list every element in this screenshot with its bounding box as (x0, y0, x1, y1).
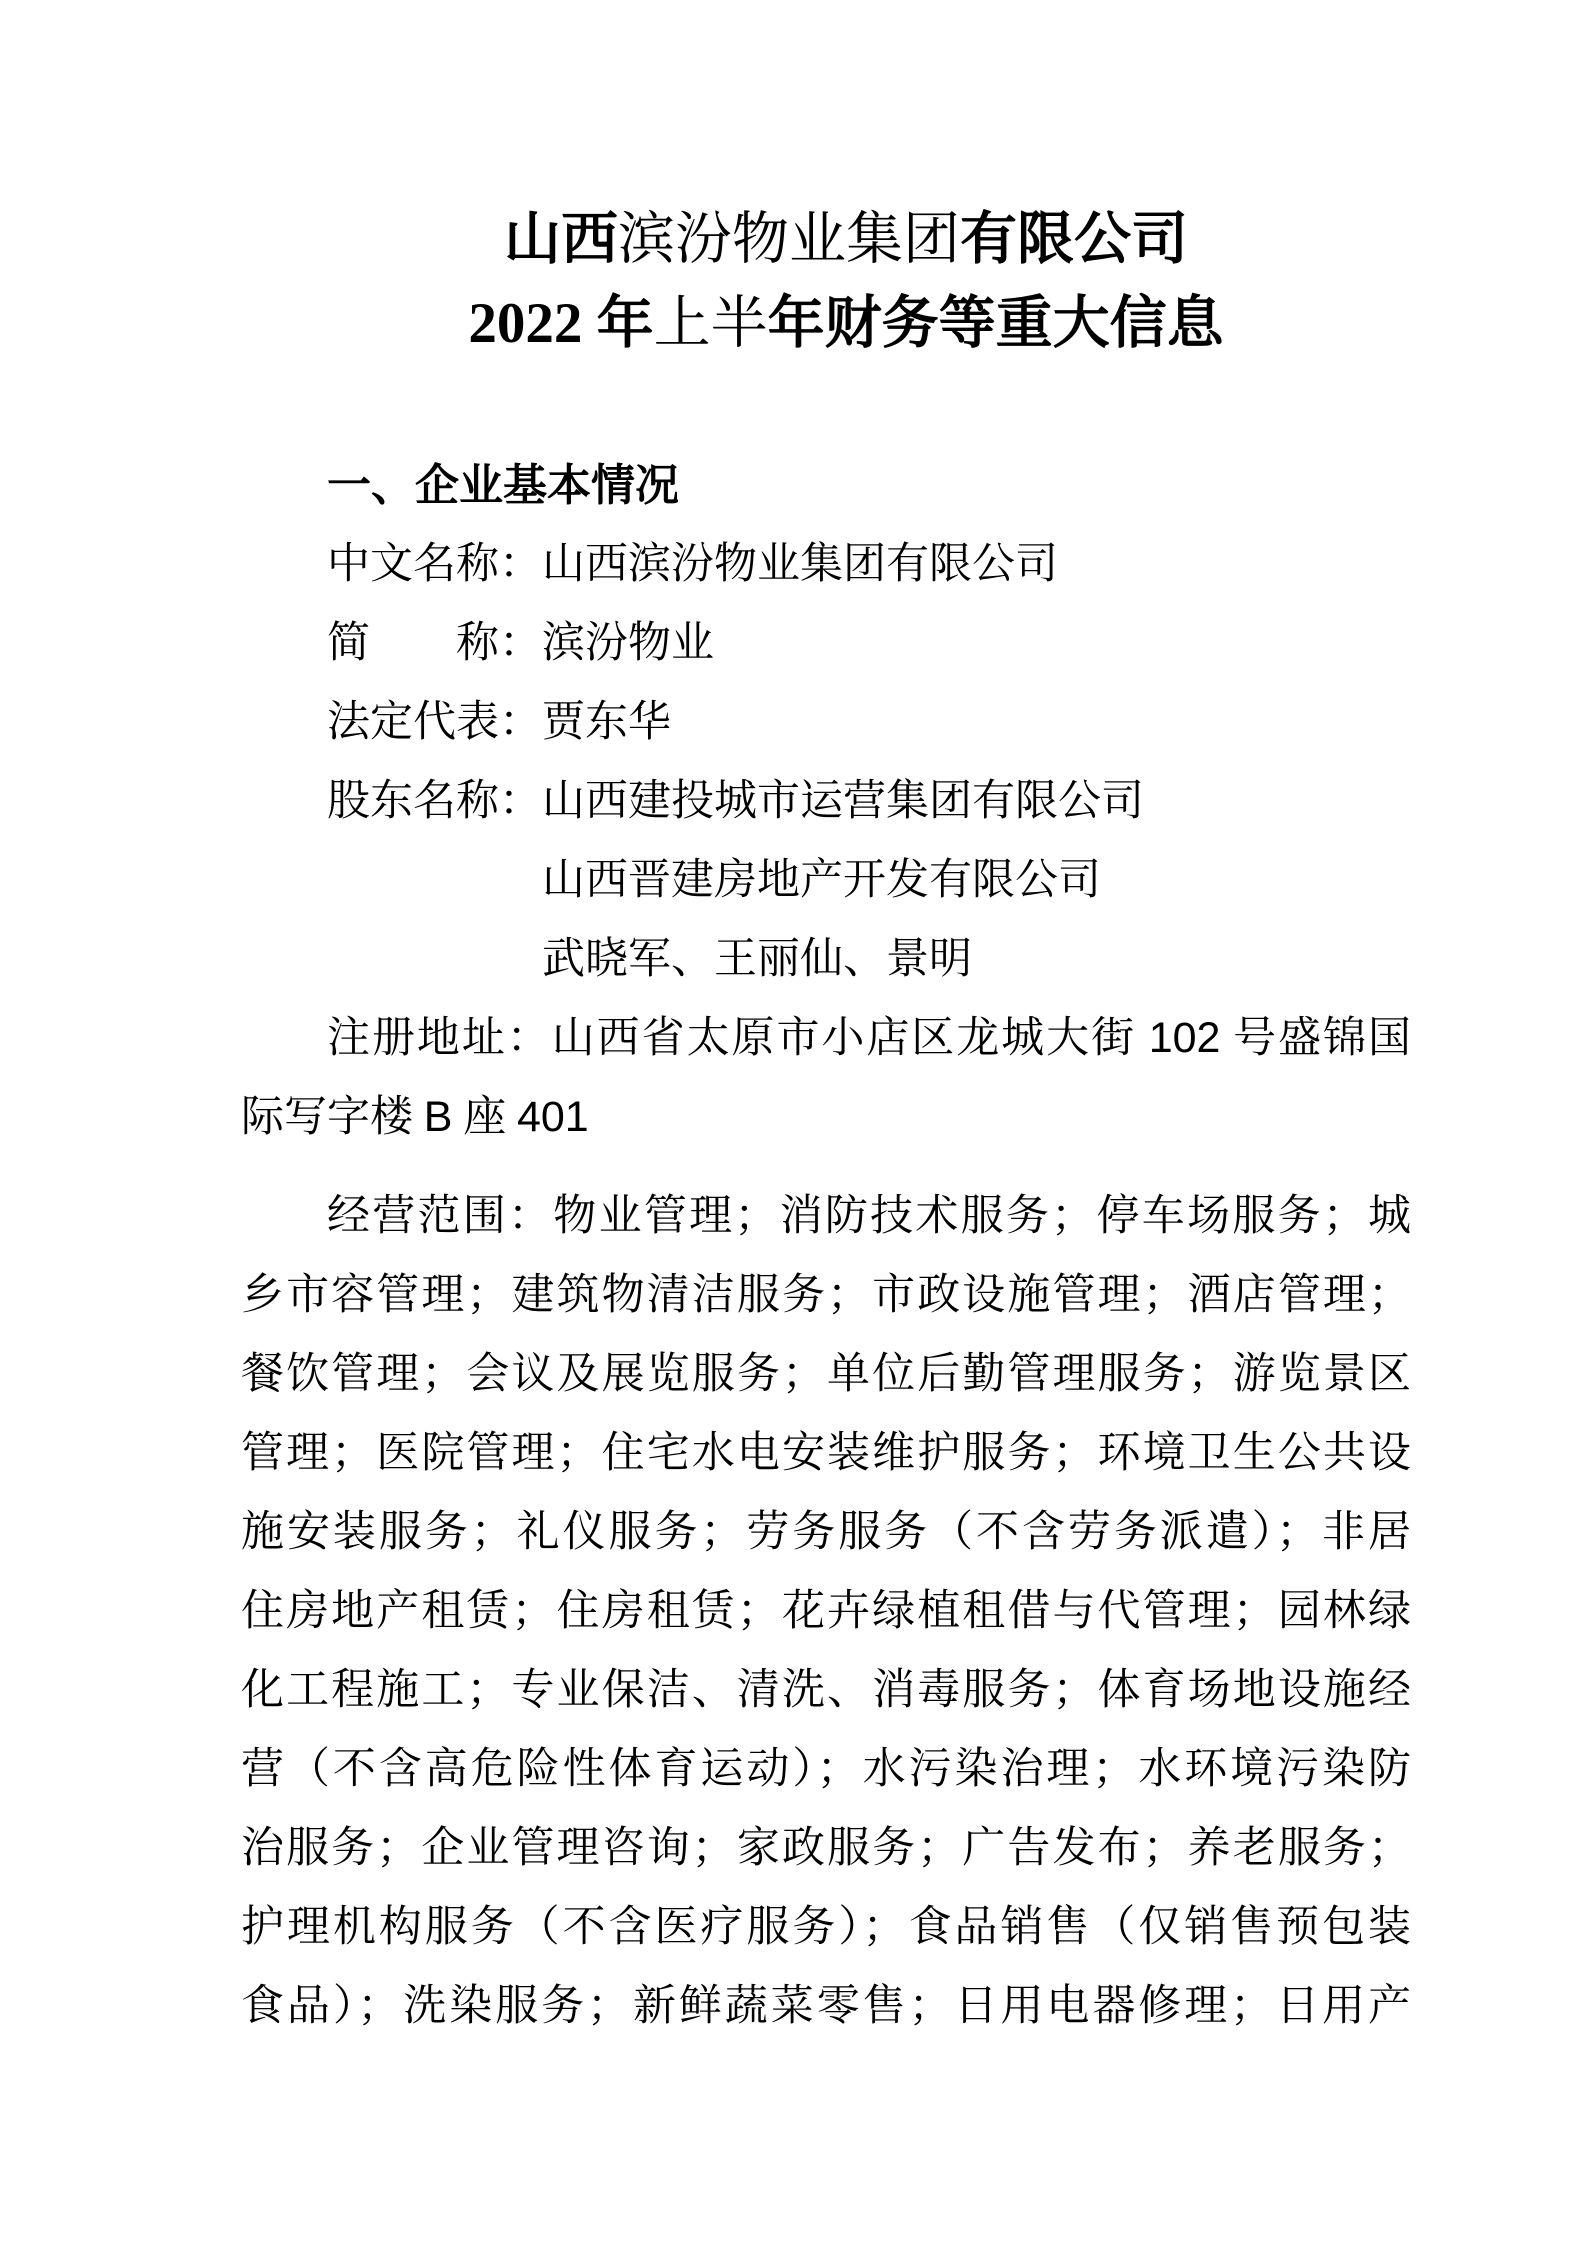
field-extra-value: 武晓军、王丽仙、景明 (241, 920, 1411, 999)
document-page: 山西滨汾物业集团有限公司2022 年上半年财务等重大信息 一、企业基本情况 中文… (0, 0, 1587, 2245)
paragraph-line: 施安装服务；礼仪服务；劳务服务（不含劳务派遣）；非居 (241, 1493, 1411, 1572)
field-value: 山西建投城市运营集团有限公司 (542, 778, 1144, 825)
basic-info-fields: 中文名称：山西滨汾物业集团有限公司简 称：滨汾物业法定代表：贾东华股东名称：山西… (241, 525, 1411, 999)
document-title: 山西滨汾物业集团有限公司2022 年上半年财务等重大信息 (241, 0, 1411, 366)
paragraph-line: 营（不含高危险性体育运动）；水污染治理；水环境污染防 (241, 1730, 1411, 1809)
title-segment: 上半 (654, 292, 768, 355)
latin-text: 102 (1149, 1014, 1221, 1062)
title-segment: 2022 年 (468, 292, 653, 355)
field-label: 简 称： (327, 620, 542, 667)
paragraph-blocks: 注册地址：山西省太原市小店区龙城大街 102 号盛锦国际写字楼 B 座 401经… (241, 999, 1411, 2046)
latin-text: 401 (517, 1093, 589, 1141)
paragraph-line: 乡市容管理；建筑物清洁服务；市政设施管理；酒店管理； (241, 1256, 1411, 1335)
section-heading-text: 一、企业基本情况 (327, 461, 679, 510)
paragraph-line: 管理；医院管理；住宅水电安装维护服务；环境卫生公共设 (241, 1414, 1411, 1493)
paragraph-line: 护理机构服务（不含医疗服务）；食品销售（仅销售预包装 (241, 1888, 1411, 1967)
title-segment: 有限公司 (960, 208, 1188, 271)
paragraph-line: 住房地产租赁；住房租赁；花卉绿植租借与代管理；园林绿 (241, 1572, 1411, 1651)
document-content: 山西滨汾物业集团有限公司2022 年上半年财务等重大信息 一、企业基本情况 中文… (241, 0, 1411, 2046)
section-heading: 一、企业基本情况 (241, 446, 1411, 525)
field-label: 中文名称： (327, 541, 542, 588)
field-value: 贾东华 (542, 699, 671, 746)
paragraph-line: 餐饮管理；会议及展览服务；单位后勤管理服务；游览景区 (241, 1335, 1411, 1414)
title-segment: 年财务等重大信息 (768, 292, 1224, 355)
paragraph-business-scope: 经营范围：物业管理；消防技术服务；停车场服务；城乡市容管理；建筑物清洁服务；市政… (241, 1177, 1411, 2046)
title-segment: 山西 (504, 208, 618, 271)
paragraph-line: 注册地址：山西省太原市小店区龙城大街 102 号盛锦国 (241, 999, 1411, 1078)
paragraph-registered-address: 注册地址：山西省太原市小店区龙城大街 102 号盛锦国际写字楼 B 座 401 (241, 999, 1411, 1157)
latin-text: B (424, 1093, 453, 1141)
paragraph-line: 治服务；企业管理咨询；家政服务；广告发布；养老服务； (241, 1809, 1411, 1888)
paragraph-line: 际写字楼 B 座 401 (241, 1078, 1411, 1157)
field-label: 股东名称： (327, 778, 542, 825)
report-period-title: 2022 年上半年财务等重大信息 (281, 282, 1411, 366)
company-name-title: 山西滨汾物业集团有限公司 (281, 198, 1411, 282)
field-row-short-name: 简 称：滨汾物业 (241, 604, 1411, 683)
paragraph-line: 化工程施工；专业保洁、清洗、消毒服务；体育场地设施经 (241, 1651, 1411, 1730)
field-extra-value: 山西晋建房地产开发有限公司 (241, 841, 1411, 920)
field-value: 山西滨汾物业集团有限公司 (542, 541, 1058, 588)
title-segment: 滨汾物业集团 (618, 208, 960, 271)
field-row-chinese-name: 中文名称：山西滨汾物业集团有限公司 (241, 525, 1411, 604)
paragraph-line: 经营范围：物业管理；消防技术服务；停车场服务；城 (241, 1177, 1411, 1256)
field-row-legal-representative: 法定代表：贾东华 (241, 683, 1411, 762)
field-row-shareholders: 股东名称：山西建投城市运营集团有限公司 (241, 762, 1411, 841)
paragraph-line: 食品）；洗染服务；新鲜蔬菜零售；日用电器修理；日用产 (241, 1967, 1411, 2046)
field-label: 法定代表： (327, 699, 542, 746)
field-value: 滨汾物业 (542, 620, 714, 667)
